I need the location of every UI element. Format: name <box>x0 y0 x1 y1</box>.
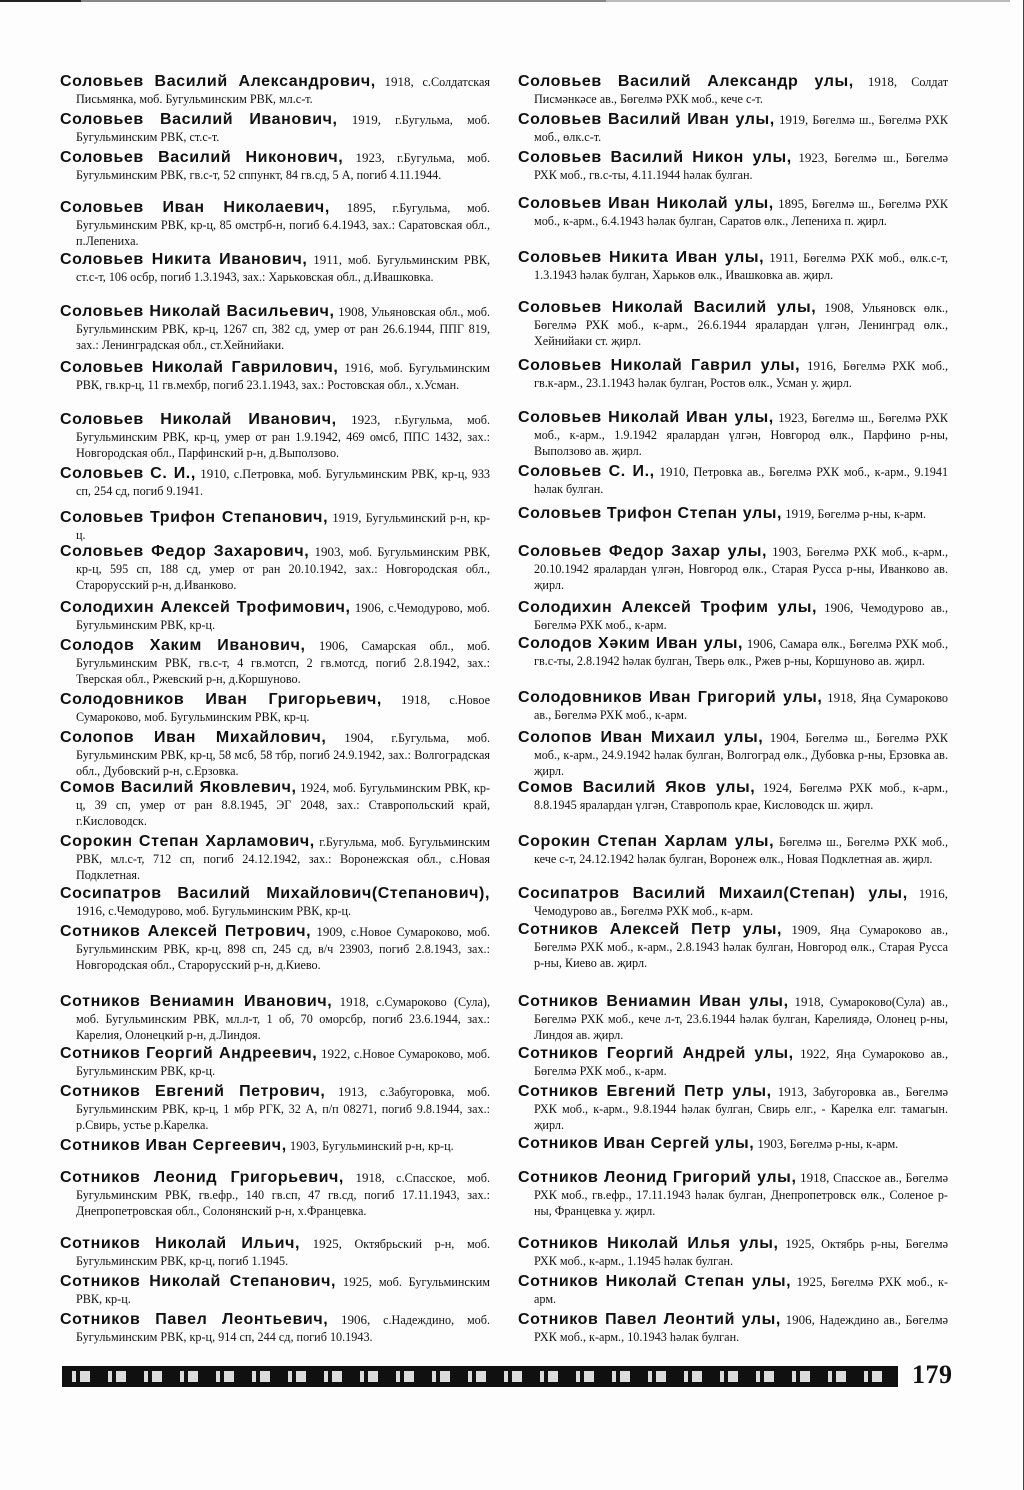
birth-year: 1923, <box>778 410 807 425</box>
birth-year: 1906, <box>355 600 384 615</box>
list-item: Соловьев Николай Гаврил улы, 1916, Бөгел… <box>518 358 948 391</box>
person-name: Соловьев Василий Никонович, <box>60 149 343 166</box>
person-name: Сотников Георгий Андреевич, <box>60 1045 317 1062</box>
list-item: Сотников Леонид Григорий улы, 1918, Спас… <box>518 1170 948 1220</box>
person-name: Сотников Леонид Григорий улы, <box>518 1169 797 1186</box>
birth-year: 1913, <box>778 1084 807 1099</box>
list-item: Солопов Иван Михаил улы, 1904, Бөгелмә ш… <box>518 730 948 780</box>
list-item: Солодихин Алексей Трофимович, 1906, с.Че… <box>60 600 490 633</box>
person-name: Сотников Николай Степан улы, <box>518 1273 791 1290</box>
list-item: Сотников Евгений Петрович, 1913, с.Забуг… <box>60 1084 490 1134</box>
birth-year: 1923, <box>351 412 380 427</box>
birth-year: 1903, <box>290 1138 319 1153</box>
birth-year: 1903, <box>315 544 344 559</box>
list-item: Сомов Василий Яковлевич, 1924, моб. Бугу… <box>60 780 490 830</box>
list-item: Сотников Георгий Андреевич, 1922, с.Ново… <box>60 1046 490 1079</box>
list-item: Соловьев Василий Никон улы, 1923, Бөгелм… <box>518 150 948 183</box>
person-name: Соловьев Василий Иванович, <box>60 111 338 128</box>
list-item: Соловьев Никита Иванович, 1911, моб. Буг… <box>60 252 490 285</box>
birth-year: 1911, <box>313 252 342 267</box>
person-name: Сотников Иван Сергеевич, <box>60 1137 287 1154</box>
list-item: Солодовников Иван Григорий улы, 1918, Яң… <box>518 690 948 723</box>
list-item: Сотников Алексей Петр улы, 1909, Яңа Сум… <box>518 922 948 972</box>
person-name: Соловьев С. И., <box>60 465 196 482</box>
birth-year: 1918, <box>827 690 856 705</box>
person-name: Сотников Евгений Петр улы, <box>518 1083 772 1100</box>
person-name: Сотников Николай Степанович, <box>60 1273 336 1290</box>
list-item: Соловьев Трифон Степан улы, 1919, Бөгелм… <box>518 506 948 523</box>
list-item: Сотников Вениамин Иван улы, 1918, Сумаро… <box>518 994 948 1044</box>
birth-year: 1895, <box>778 196 807 211</box>
person-name: Соловьев Николай Иван улы, <box>518 409 774 426</box>
list-item: Сотников Иван Сергей улы, 1903, Бөгелмә … <box>518 1136 948 1153</box>
birth-year: 1916, <box>76 903 105 918</box>
birth-year: 1919, <box>785 506 814 521</box>
list-item: Соловьев Николай Васильевич, 1908, Ульян… <box>60 304 490 354</box>
person-name: Сотников Вениамин Иван улы, <box>518 993 789 1010</box>
birth-year: 1918, <box>868 74 897 89</box>
birth-year: 1913, <box>338 1084 367 1099</box>
birth-year: 1925, <box>343 1274 372 1289</box>
birth-year: 1922, <box>800 1046 829 1061</box>
birth-year: 1924, <box>763 780 792 795</box>
person-name: Соловьев Никита Иван улы, <box>518 249 764 266</box>
birth-year: 1918, <box>800 1170 829 1185</box>
birth-year: 1906, <box>824 600 853 615</box>
birth-year: 1908, <box>338 304 367 319</box>
list-item: Соловьев Василий Иван улы, 1919, Бөгелмә… <box>518 112 948 145</box>
person-name: Соловьев Николай Иванович, <box>60 411 337 428</box>
list-item: Сотников Вениамин Иванович, 1918, с.Сума… <box>60 994 490 1044</box>
person-name: Соловьев Василий Александр улы, <box>518 73 854 90</box>
birth-year: 1918, <box>795 994 824 1009</box>
entry-details: Чемодурово ав., Бөгелмә РХК моб., к-арм. <box>534 904 753 918</box>
list-item: Соловьев Василий Александр улы, 1918, Со… <box>518 74 948 107</box>
birth-year: 1903, <box>757 1136 786 1151</box>
person-name: Солодихин Алексей Трофим улы, <box>518 599 817 616</box>
list-item: Сотников Леонид Григорьевич, 1918, с.Спа… <box>60 1170 490 1220</box>
russian-column: Соловьев Василий Александрович, 1918, с.… <box>60 0 490 1350</box>
person-name: Сотников Вениамин Иванович, <box>60 993 332 1010</box>
birth-year: 1918, <box>340 994 369 1009</box>
page-number: 179 <box>912 1360 953 1390</box>
person-name: Соловьев Трифон Степанович, <box>60 509 328 526</box>
person-name: Сомов Василий Яков улы, <box>518 779 755 796</box>
birth-year: 1906, <box>341 1312 370 1327</box>
list-item: Соловьев Николай Иван улы, 1923, Бөгелмә… <box>518 410 948 460</box>
person-name: Соловьев Николай Васильевич, <box>60 303 335 320</box>
person-name: Солодов Хаким Иванович, <box>60 637 306 654</box>
entry-details: Бөгелмә р-ны, к-арм. <box>790 1137 899 1151</box>
person-name: Солодихин Алексей Трофимович, <box>60 599 351 616</box>
person-name: Сотников Алексей Петр улы, <box>518 921 782 938</box>
person-name: Сотников Николай Илья улы, <box>518 1235 779 1252</box>
person-name: Сотников Алексей Петрович, <box>60 923 311 940</box>
birth-year: 1908, <box>824 300 853 315</box>
footer-ornament <box>62 1366 898 1387</box>
birth-year: 1906, <box>319 638 348 653</box>
birth-year: 1916, <box>807 358 836 373</box>
list-item: Соловьев С. И., 1910, с.Петровка, моб. Б… <box>60 466 490 499</box>
birth-year: 1925, <box>796 1274 825 1289</box>
person-name: Соловьев С. И., <box>518 463 655 480</box>
birth-year: 1904, <box>770 730 799 745</box>
birth-year: 1895, <box>347 200 376 215</box>
birth-year: 1903, <box>772 544 801 559</box>
person-name: Соловьев Иван Николаевич, <box>60 199 330 216</box>
entry-details: с.Чемодурово, моб. Бугульминским РВК, кр… <box>108 904 351 918</box>
birth-year: 1918, <box>355 1170 384 1185</box>
person-name: Сотников Иван Сергей улы, <box>518 1135 754 1152</box>
list-item: Соловьев Николай Гаврилович, 1916, моб. … <box>60 360 490 393</box>
person-name: Соловьев Иван Николай улы, <box>518 195 774 212</box>
birth-year: 1904, <box>344 730 373 745</box>
birth-year: 1918, <box>401 692 430 707</box>
birth-year: 1909, <box>791 922 820 937</box>
birth-year: 1919, <box>779 112 808 127</box>
list-item: Соловьев Никита Иван улы, 1911, Бөгелмә … <box>518 250 948 283</box>
person-name: Сосипатров Василий Михаил(Степан) улы, <box>518 885 908 902</box>
person-name: Соловьев Василий Александрович, <box>60 73 376 90</box>
list-item: Сотников Павел Леонтьевич, 1906, с.Надеж… <box>60 1312 490 1345</box>
list-item: Соловьев Василий Иванович, 1919, г.Бугул… <box>60 112 490 145</box>
person-name: Соловьев Николай Василий улы, <box>518 299 816 316</box>
person-name: Сорокин Степан Харлам улы, <box>518 833 774 850</box>
list-item: Сотников Николай Илья улы, 1925, Октябрь… <box>518 1236 948 1269</box>
person-name: Сосипатров Василий Михайлович(Степанович… <box>60 885 490 902</box>
list-item: Солодов Хәким Иван улы, 1906, Самара өлк… <box>518 636 948 669</box>
person-name: Солодов Хәким Иван улы, <box>518 635 743 652</box>
list-item: Сотников Георгий Андрей улы, 1922, Яңа С… <box>518 1046 948 1079</box>
person-name: Сотников Николай Ильич, <box>60 1235 300 1252</box>
person-name: Сотников Павел Леонтьевич, <box>60 1311 328 1328</box>
list-item: Солопов Иван Михайлович, 1904, г.Бугульм… <box>60 730 490 780</box>
person-name: Солопов Иван Михайлович, <box>60 729 326 746</box>
person-name: Сотников Павел Леонтий улы, <box>518 1311 781 1328</box>
list-item: Сотников Алексей Петрович, 1909, с.Новое… <box>60 924 490 974</box>
person-name: Соловьев Василий Никон улы, <box>518 149 792 166</box>
entry-details: Бөгелмә р-ны, к-арм. <box>817 507 926 521</box>
birth-year: 1910, <box>659 464 688 479</box>
list-item: Сорокин Степан Харлам улы, Бөгелмә ш., Б… <box>518 834 948 867</box>
birth-year: 1916, <box>344 360 373 375</box>
list-item: Соловьев Федор Захар улы, 1903, Бөгелмә … <box>518 544 948 594</box>
list-item: Солодовников Иван Григорьевич, 1918, с.Н… <box>60 692 490 725</box>
list-item: Солодов Хаким Иванович, 1906, Самарская … <box>60 638 490 688</box>
person-name: Соловьев Василий Иван улы, <box>518 111 775 128</box>
birth-year: 1909, <box>316 924 345 939</box>
birth-year: 1916, <box>919 886 948 901</box>
person-name: Сотников Георгий Андрей улы, <box>518 1045 794 1062</box>
person-name: Сотников Евгений Петрович, <box>60 1083 325 1100</box>
list-item: Сотников Евгений Петр улы, 1913, Забугор… <box>518 1084 948 1134</box>
list-item: Соловьев Василий Александрович, 1918, с.… <box>60 74 490 107</box>
birth-year: 1919, <box>352 112 381 127</box>
list-item: Сорокин Степан Харламович, г.Бугульма, м… <box>60 834 490 884</box>
list-item: Сотников Иван Сергеевич, 1903, Бугульмин… <box>60 1138 490 1155</box>
birth-year: 1925, <box>785 1236 814 1251</box>
birth-year: 1906, <box>786 1312 815 1327</box>
birth-year: 1925, <box>313 1236 342 1251</box>
list-item: Соловьев Трифон Степанович, 1919, Бугуль… <box>60 510 490 543</box>
birth-year: 1910, <box>200 466 229 481</box>
person-name: Сомов Василий Яковлевич, <box>60 779 297 796</box>
list-item: Соловьев Николай Василий улы, 1908, Улья… <box>518 300 948 350</box>
entry-details: Бугульминский р-н, кр-ц. <box>322 1139 454 1153</box>
list-item: Солодихин Алексей Трофим улы, 1906, Чемо… <box>518 600 948 633</box>
birth-year: 1906, <box>747 636 776 651</box>
person-name: Солопов Иван Михаил улы, <box>518 729 763 746</box>
ornament-pattern <box>66 1371 894 1382</box>
person-name: Соловьев Трифон Степан улы, <box>518 505 782 522</box>
list-item: Сосипатров Василий Михаил(Степан) улы, 1… <box>518 886 948 919</box>
list-item: Соловьев Иван Николай улы, 1895, Бөгелмә… <box>518 196 948 229</box>
list-item: Сотников Николай Ильич, 1925, Октябрьски… <box>60 1236 490 1269</box>
list-item: Сотников Павел Леонтий улы, 1906, Надежд… <box>518 1312 948 1345</box>
list-item: Соловьев Иван Николаевич, 1895, г.Бугуль… <box>60 200 490 250</box>
birth-year: 1919, <box>332 510 361 525</box>
person-name: Сорокин Степан Харламович, <box>60 833 315 850</box>
list-item: Сосипатров Василий Михайлович(Степанович… <box>60 886 490 919</box>
list-item: Соловьев Николай Иванович, 1923, г.Бугул… <box>60 412 490 462</box>
birth-year: 1923, <box>356 150 385 165</box>
person-name: Солодовников Иван Григорий улы, <box>518 689 822 706</box>
person-name: Соловьев Николай Гаврил улы, <box>518 357 800 374</box>
person-name: Соловьев Федор Захарович, <box>60 543 309 560</box>
birth-year: 1911, <box>769 250 798 265</box>
list-item: Сомов Василий Яков улы, 1924, Бөгелмә РХ… <box>518 780 948 813</box>
tatar-column: Соловьев Василий Александр улы, 1918, Со… <box>518 0 948 1350</box>
person-name: Сотников Леонид Григорьевич, <box>60 1169 344 1186</box>
person-name: Соловьев Никита Иванович, <box>60 251 307 268</box>
list-item: Сотников Николай Степанович, 1925, моб. … <box>60 1274 490 1307</box>
list-item: Соловьев Федор Захарович, 1903, моб. Буг… <box>60 544 490 594</box>
birth-year: 1922, <box>321 1046 350 1061</box>
birth-year: 1924, <box>300 780 329 795</box>
birth-year: 1918, <box>385 74 414 89</box>
list-item: Соловьев Василий Никонович, 1923, г.Бугу… <box>60 150 490 183</box>
list-item: Соловьев С. И., 1910, Петровка ав., Бөге… <box>518 464 948 497</box>
birth-year: 1923, <box>798 150 827 165</box>
list-item: Сотников Николай Степан улы, 1925, Бөгел… <box>518 1274 948 1307</box>
person-name: Солодовников Иван Григорьевич, <box>60 691 382 708</box>
person-name: Соловьев Николай Гаврилович, <box>60 359 338 376</box>
person-name: Соловьев Федор Захар улы, <box>518 543 767 560</box>
